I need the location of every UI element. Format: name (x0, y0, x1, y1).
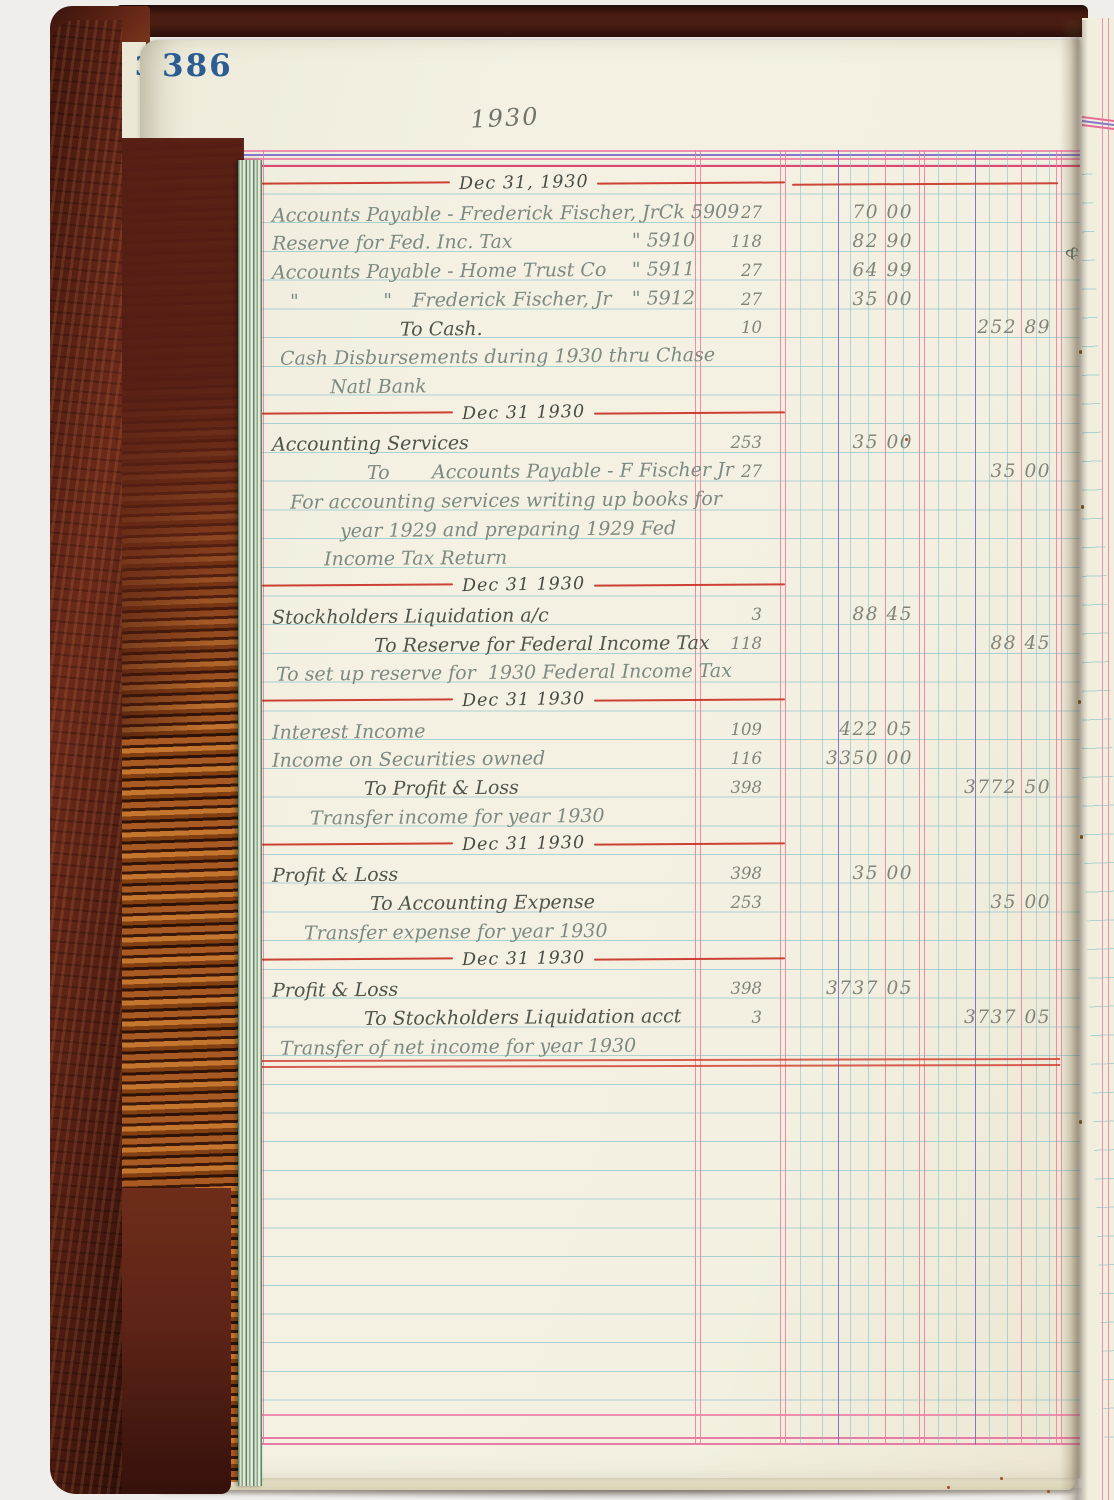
book-top-edge (115, 5, 1088, 37)
entry-description: To Stockholders Liquidation acct (262, 1000, 695, 1032)
ledger-book-scan: 3 386 1930 (0, 0, 1114, 1500)
entry-description: Profit & Loss (262, 971, 695, 1003)
entry-text: Income Tax Return (324, 545, 507, 573)
journal-row: Interest Income109422 05 (140, 715, 1080, 744)
folio-number: 27 (698, 198, 770, 227)
entry-description: To Accounts Payable - F Fischer Jr (262, 454, 695, 486)
hand-rule-right (594, 957, 785, 961)
speck (947, 1486, 950, 1489)
ledger-page: 386 1930 (140, 40, 1080, 1478)
entry-date-header: Dec 31, 1930 (262, 169, 785, 198)
page-edges (238, 160, 262, 1486)
entry-text: Income on Securities owned (272, 745, 545, 773)
hand-rule-right (594, 584, 785, 588)
entry-date-header: Dec 31 1930 (262, 399, 785, 428)
debit-amount: 35 00 (785, 858, 920, 887)
folio-number: 27 (698, 456, 770, 485)
entry-description: Transfer income for year 1930 (262, 799, 695, 831)
journal-row: Profit & Loss39835 00 (140, 858, 1080, 887)
entry-description: Reserve for Fed. Inc. Tax" 5910 (262, 225, 695, 257)
entry-description: Accounts Payable - Home Trust Co" 5911 (262, 253, 695, 285)
entry-text: " " (290, 287, 392, 314)
credit-amount: 35 00 (924, 456, 1060, 485)
journal-entries: Dec 31, 1930Accounts Payable - Frederick… (140, 40, 1080, 1478)
journal-row: Income on Securities owned1163350 00 (140, 743, 1080, 772)
entry-text: To Reserve for Federal Income Tax (374, 629, 710, 658)
journal-row: For accounting services writing up books… (140, 485, 1080, 514)
entry-description: Income on Securities owned (262, 742, 695, 774)
entry-check-number: " 5910 (632, 227, 695, 254)
entry-date: Dec 31 1930 (462, 574, 585, 596)
entry-description: Accounting Services (262, 426, 695, 458)
entry-description: To Profit & Loss (262, 770, 695, 802)
entry-check-number: " 5912 (632, 285, 695, 312)
entry-description: Profit & Loss (262, 856, 695, 888)
entry-text: Natl Bank (330, 373, 427, 400)
entry-text: year 1929 and preparing 1929 Fed (340, 515, 676, 544)
entry-text: Transfer income for year 1930 (310, 802, 605, 831)
journal-row: Profit & Loss3983737 05 (140, 973, 1080, 1002)
entry-text: To Accounting Expense (370, 889, 595, 917)
entry-description: Income Tax Return (262, 540, 695, 572)
entry-text-middle: Frederick Fischer, Jr (412, 285, 611, 313)
hand-rule-right (594, 699, 785, 703)
hand-rule-left (262, 957, 453, 961)
spine-leather-upper (118, 138, 244, 738)
entry-text: Interest Income (272, 718, 426, 745)
debit-amount: 70 00 (785, 198, 920, 227)
entry-date-header: Dec 31 1930 (262, 944, 785, 973)
hand-rule-left (262, 584, 453, 588)
entry-text: For accounting services writing up books… (290, 485, 722, 515)
entry-description: Stockholders Liquidation a/c (262, 598, 695, 630)
debit-amount: 82 90 (785, 226, 920, 255)
journal-row: To set up reserve for 1930 Federal Incom… (140, 657, 1080, 686)
entry-date-header: Dec 31 1930 (262, 571, 785, 600)
entry-text: Accounting Services (272, 430, 469, 458)
credit-amount: 88 45 (924, 629, 1060, 658)
debit-amount: 422 05 (785, 715, 920, 744)
folio-number: 27 (698, 284, 770, 313)
folio-number: 398 (698, 772, 770, 801)
journal-row: Natl Bank (140, 370, 1080, 399)
entry-text: To Cash. (400, 315, 483, 342)
entry-date-header: Dec 31 1930 (262, 686, 785, 715)
journal-row: To Reserve for Federal Income Tax11888 4… (140, 629, 1080, 658)
journal-row: Cash Disbursements during 1930 thru Chas… (140, 341, 1080, 370)
journal-row: To Stockholders Liquidation acct33737 05 (140, 1002, 1080, 1031)
entry-text: To set up reserve for 1930 Federal Incom… (276, 658, 732, 688)
folio-number: 3 (698, 1002, 770, 1031)
closing-double-rule (262, 1058, 1060, 1062)
journal-row: To Accounts Payable - F Fischer Jr2735 0… (140, 456, 1080, 485)
journal-row: Reserve for Fed. Inc. Tax" 591011882 90 (140, 226, 1080, 255)
speck (905, 438, 908, 441)
entry-description: To Reserve for Federal Income Tax (262, 627, 695, 659)
folio-number: 27 (698, 255, 770, 284)
debit-amount: 3737 05 (785, 973, 920, 1002)
journal-row: To Cash.10252 89 (140, 313, 1080, 342)
debit-amount: 88 45 (785, 600, 920, 629)
entry-text: To Stockholders Liquidation acct (364, 1003, 682, 1032)
debit-amount: 3350 00 (785, 743, 920, 772)
entry-text: Profit & Loss (272, 977, 398, 1004)
credit-amount: 3772 50 (924, 772, 1060, 801)
hand-rule-right (594, 842, 785, 846)
folio-number: 3 (698, 600, 770, 629)
entry-description: To set up reserve for 1930 Federal Incom… (262, 655, 695, 687)
folio-number: 253 (698, 887, 770, 916)
hand-rule-left (262, 182, 450, 186)
entry-text: Transfer of net income for year 1930 (280, 1032, 636, 1061)
entry-text: Cash Disbursements during 1930 thru Chas… (280, 342, 715, 372)
entry-date-header: Dec 31 1930 (262, 830, 785, 859)
credit-amount: 35 00 (924, 887, 1060, 916)
entry-description: Transfer expense for year 1930 (262, 914, 695, 946)
debit-amount: 35 00 (785, 427, 920, 456)
entry-text: Transfer expense for year 1930 (304, 917, 608, 946)
entry-description: Accounts Payable - Frederick Fischer, Jr… (262, 196, 695, 228)
folio-number: 398 (698, 973, 770, 1002)
journal-row: Transfer of net income for year 1930 (140, 1031, 1080, 1060)
folio-number: 118 (698, 226, 770, 255)
journal-row: Stockholders Liquidation a/c388 45 (140, 600, 1080, 629)
entry-description: To Cash. (262, 311, 695, 343)
journal-row: " "Frederick Fischer, Jr" 59122735 00 (140, 284, 1080, 313)
entry-description: For accounting services writing up books… (262, 483, 695, 515)
folio-number: 118 (698, 629, 770, 658)
book-spine (50, 20, 122, 1494)
hand-rule-left (262, 842, 453, 846)
journal-row: Accounting Services25335 00 (140, 427, 1080, 456)
entry-text: Accounts Payable - Frederick Fischer, Jr (272, 199, 659, 228)
folio-number: 253 (698, 427, 770, 456)
hand-rule-right (597, 182, 785, 186)
folio-number: 109 (698, 715, 770, 744)
hand-rule-extension (792, 182, 1058, 186)
journal-row: Accounts Payable - Frederick Fischer, Jr… (140, 198, 1080, 227)
entry-text: To Accounts Payable - F Fischer Jr (367, 457, 734, 486)
debit-amount: 35 00 (785, 284, 920, 313)
folio-number: 116 (698, 743, 770, 772)
journal-row: Accounts Payable - Home Trust Co" 591127… (140, 255, 1080, 284)
entry-description: Interest Income (262, 713, 695, 745)
entry-text: Stockholders Liquidation a/c (272, 602, 549, 630)
entry-check-number: " 5911 (632, 256, 695, 283)
journal-row: Transfer income for year 1930 (140, 801, 1080, 830)
entry-text: Accounts Payable - Home Trust Co (272, 257, 607, 286)
journal-row: Income Tax Return (140, 542, 1080, 571)
hand-rule-right (594, 411, 785, 415)
hand-rule-left (262, 411, 453, 415)
entry-date: Dec 31, 1930 (458, 172, 588, 194)
entry-description: Transfer of net income for year 1930 (262, 1029, 695, 1061)
entry-date: Dec 31 1930 (462, 833, 585, 855)
entry-text: Reserve for Fed. Inc. Tax (272, 229, 513, 257)
entry-date: Dec 31 1930 (462, 402, 585, 424)
entry-date: Dec 31 1930 (462, 948, 585, 970)
speck (1047, 1490, 1050, 1493)
entry-text: To Profit & Loss (364, 774, 519, 801)
credit-amount: 3737 05 (924, 1002, 1060, 1031)
journal-row: To Accounting Expense25335 00 (140, 887, 1080, 916)
entry-description: To Accounting Expense (262, 885, 695, 917)
closing-double-rule (262, 1064, 1060, 1068)
hand-rule-left (262, 699, 453, 703)
journal-row: To Profit & Loss3983772 50 (140, 772, 1080, 801)
entry-text: Profit & Loss (272, 862, 398, 889)
folio-number: 10 (698, 313, 770, 342)
entry-description: Natl Bank (262, 368, 695, 400)
pages-under-bottom-edge (155, 1476, 1075, 1490)
speck (1000, 1477, 1003, 1480)
folio-number: 398 (698, 858, 770, 887)
credit-amount: 252 89 (924, 313, 1060, 342)
entry-description: year 1929 and preparing 1929 Fed (262, 512, 695, 544)
journal-row: year 1929 and preparing 1929 Fed (140, 514, 1080, 543)
entry-date: Dec 31 1930 (462, 689, 585, 711)
journal-row: Transfer expense for year 1930 (140, 916, 1080, 945)
debit-amount: 64 99 (785, 255, 920, 284)
entry-description: " "Frederick Fischer, Jr" 5912 (262, 282, 695, 314)
entry-description: Cash Disbursements during 1930 thru Chas… (262, 339, 695, 371)
